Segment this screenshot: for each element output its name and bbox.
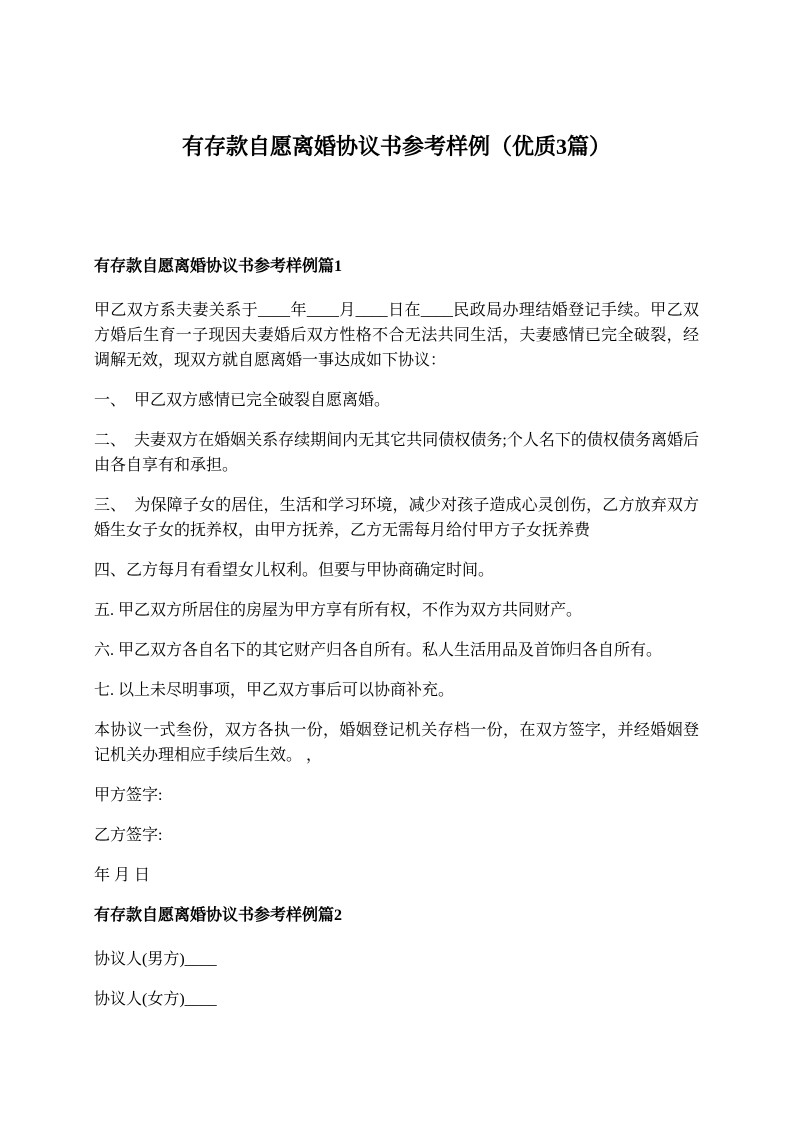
clause-1: 一、 甲乙双方感情已完全破裂自愿离婚。 — [94, 388, 699, 413]
date-line: 年 月 日 — [94, 863, 699, 888]
clause-3: 三、 为保障子女的居住，生活和学习环境，减少对孩子造成心灵创伤，乙方放弃双方婚生… — [94, 493, 699, 543]
section-1-heading: 有存款自愿离婚协议书参考样例篇1 — [94, 254, 699, 279]
clause-4: 四、乙方每月有看望女儿权利。但要与甲协商确定时间。 — [94, 558, 699, 583]
document-title: 有存款自愿离婚协议书参考样例（优质3篇） — [94, 130, 699, 164]
clause-6: 六. 甲乙双方各自名下的其它财产归各自所有。私人生活用品及首饰归各自所有。 — [94, 638, 699, 663]
section-2: 有存款自愿离婚协议书参考样例篇2 协议人(男方)____ 协议人(女方)____ — [94, 903, 699, 1012]
clause-5: 五. 甲乙双方所居住的房屋为甲方享有所有权，不作为双方共同财产。 — [94, 598, 699, 623]
signature-party-a: 甲方签字: — [94, 783, 699, 808]
closing-clause: 本协议一式叁份，双方各执一份，婚姻登记机关存档一份，在双方签字，并经婚姻登记机关… — [94, 718, 699, 768]
section-2-heading: 有存款自愿离婚协议书参考样例篇2 — [94, 903, 699, 928]
party-male-line: 协议人(男方)____ — [94, 947, 699, 972]
clause-7: 七. 以上未尽明事项，甲乙双方事后可以协商补充。 — [94, 678, 699, 703]
document-page: 有存款自愿离婚协议书参考样例（优质3篇） 有存款自愿离婚协议书参考样例篇1 甲乙… — [0, 0, 793, 1122]
section-1: 有存款自愿离婚协议书参考样例篇1 甲乙双方系夫妻关系于____年____月___… — [94, 254, 699, 888]
clause-2: 二、 夫妻双方在婚姻关系存续期间内无其它共同债权债务;个人名下的债权债务离婚后由… — [94, 428, 699, 478]
signature-party-b: 乙方签字: — [94, 823, 699, 848]
paragraph-intro: 甲乙双方系夫妻关系于____年____月____日在____民政局办理结婚登记手… — [94, 298, 699, 373]
party-female-line: 协议人(女方)____ — [94, 987, 699, 1012]
